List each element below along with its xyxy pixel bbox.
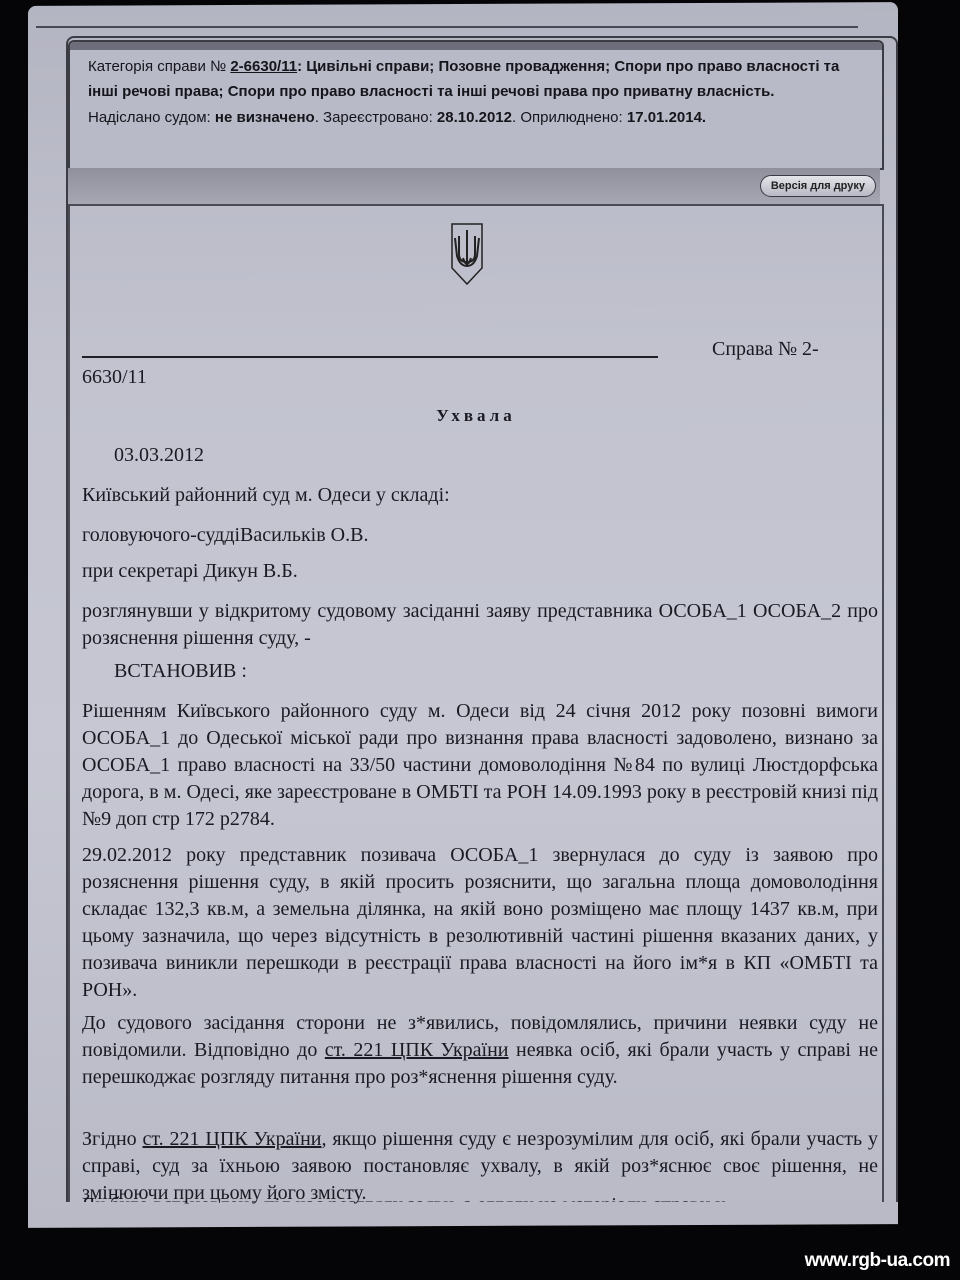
document-title: Ухвала [70,406,882,426]
court-secretary: при секретарі Дикун В.Б. [82,558,878,585]
law-article-link[interactable]: ст. 221 ЦПК України [143,1128,322,1150]
paragraph-application: 29.02.2012 року представник позивача ОСО… [82,842,878,1004]
info-box-header-shade [70,42,882,50]
category-label: Категорія справи № [88,58,230,75]
document-body: Справа № 2- 6630/11 Ухвала 03.03.2012 Ки… [68,204,884,1202]
document-date: 03.03.2012 [114,442,910,469]
toolbar: Версія для друку [68,168,880,204]
divider [36,26,858,28]
case-info-text: Категорія справи № 2-6630/11: Цивільні с… [88,54,868,130]
paragraph-cut-off: Як було встановлено під час розгляду зая… [82,1192,878,1202]
paragraph-decision: Рішенням Київського районного суду м. Од… [82,698,878,833]
case-number-left: 6630/11 [82,366,147,389]
registered-value: 28.10.2012 [437,109,512,126]
case-dates: Надіслано судом: не визначено. Зареєстро… [88,105,868,130]
case-number-right: Справа № 2- [712,338,819,361]
presiding-judge: головуючого-суддіВасильків О.В. [82,522,878,549]
published-value: 17.01.2014. [627,109,706,126]
case-number-rule [82,356,658,358]
intro-paragraph: розглянувши у відкритому судовому засіда… [82,598,878,652]
published-label: . Оприлюднено: [512,109,627,126]
established-heading: ВСТАНОВИВ : [114,658,910,685]
law-article-link[interactable]: ст. 221 ЦПК України [325,1039,509,1061]
court-name: Київський районний суд м. Одеси у складі… [82,482,878,509]
registered-label: . Зареєстровано: [315,109,437,126]
case-number-link[interactable]: 2-6630/11 [230,58,297,75]
paragraph-text: Згідно [82,1128,143,1150]
sent-value: не визначено [215,109,315,126]
print-version-button[interactable]: Версія для друку [760,175,876,197]
paragraph-absence: До судового засідання сторони не з*явили… [82,1010,878,1091]
sent-label: Надіслано судом: [88,109,215,126]
watermark: www.rgb-ua.com [805,1250,950,1272]
case-info-box: Категорія справи № 2-6630/11: Цивільні с… [68,40,884,170]
coat-of-arms-icon [450,222,484,286]
